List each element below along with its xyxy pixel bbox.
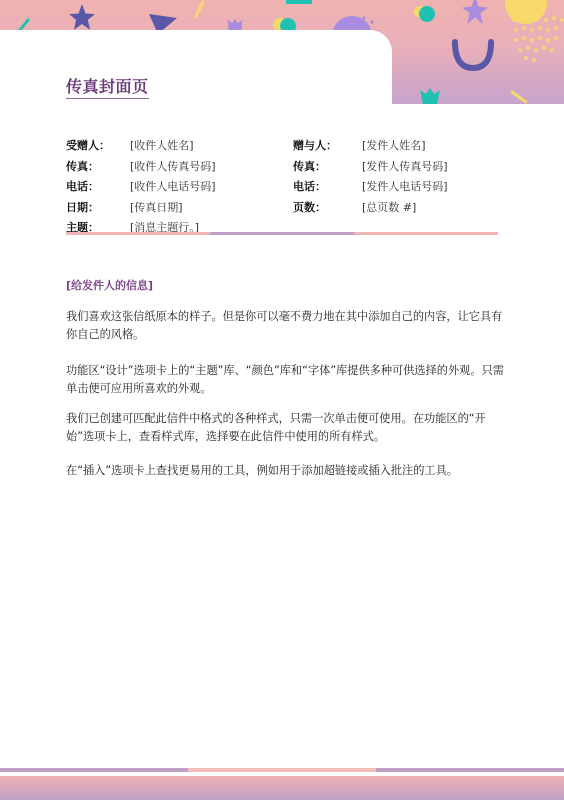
confetti-line-yellow [510, 90, 528, 104]
info-row-phone: 电话： [收件人电话号码] 电话： [发件人电话号码] [66, 176, 498, 197]
decorative-footer-band [0, 776, 564, 800]
smile-arc-shape [449, 36, 497, 74]
recipient-phone-label: 电话： [66, 178, 130, 194]
fax-date-field[interactable]: [传真日期] [130, 199, 293, 215]
message-paragraph[interactable]: 在“插入”选项卡上查找更易用的工具，例如用于添加超链接或插入批注的工具。 [66, 462, 506, 480]
page-title: 传真封面页 [66, 74, 149, 99]
recipient-label: 受赠人： [66, 137, 130, 153]
recipient-fax-field[interactable]: [收件人传真号码] [130, 158, 293, 174]
pages-label: 页数： [293, 199, 362, 215]
teal-bar-shape [286, 0, 312, 4]
sender-phone-field[interactable]: [发件人电话号码] [362, 178, 448, 194]
page-background [0, 104, 564, 124]
star-icon [420, 88, 440, 104]
sender-phone-label: 电话： [293, 178, 362, 194]
footer-divider-rule [0, 768, 564, 772]
fax-info-table: 受赠人： [收件人姓名] 赠与人： [发件人姓名] 传真： [收件人传真号码] … [66, 135, 498, 238]
message-heading[interactable]: [给发件人的信息] [66, 277, 153, 293]
teal-circle-shape [419, 6, 435, 22]
info-row-recipient: 受赠人： [收件人姓名] 赠与人： [发件人姓名] [66, 135, 498, 156]
info-row-date: 日期： [传真日期] 页数： [总页数 #] [66, 197, 498, 218]
confetti-line-yellow [194, 0, 206, 18]
info-row-fax: 传真： [收件人传真号码] 传真： [发件人传真号码] [66, 156, 498, 177]
star-icon [68, 3, 96, 31]
star-icon [462, 0, 488, 26]
message-paragraph[interactable]: 我们已创建可匹配此信件中格式的各种样式，只需一次单击便可使用。在功能区的“开始”… [66, 410, 506, 446]
sender-fax-label: 传真： [293, 158, 362, 174]
date-label: 日期： [66, 199, 130, 215]
sender-fax-field[interactable]: [发件人传真号码] [362, 158, 448, 174]
message-paragraph[interactable]: 功能区“设计”选项卡上的“主题”库、“颜色”库和“字体”库提供多种可供选择的外观… [66, 362, 506, 398]
total-pages-field[interactable]: [总页数 #] [362, 199, 416, 215]
sender-label: 赠与人： [293, 137, 362, 153]
message-paragraph[interactable]: 我们喜欢这张信纸原本的样子。但是你可以毫不费力地在其中添加自己的内容，让它具有你… [66, 308, 506, 344]
recipient-name-field[interactable]: [收件人姓名] [130, 137, 293, 153]
recipient-phone-field[interactable]: [收件人电话号码] [130, 178, 293, 194]
recipient-fax-label: 传真： [66, 158, 130, 174]
sender-name-field[interactable]: [发件人姓名] [362, 137, 426, 153]
divider-rule [66, 232, 498, 235]
dot-pattern [510, 14, 564, 64]
